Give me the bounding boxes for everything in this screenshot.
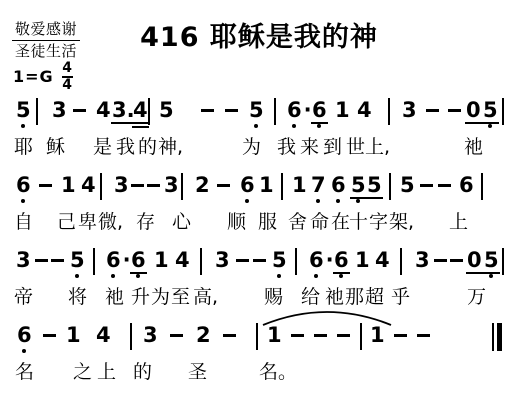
final-barline-thin xyxy=(492,323,494,351)
note-token: 1 xyxy=(335,98,350,122)
lyric-char: 圣 xyxy=(188,361,207,384)
note-token: 5 xyxy=(484,248,499,272)
note-token: 5 xyxy=(272,248,287,272)
note-token: 3 xyxy=(415,248,430,272)
note-token: 6 xyxy=(17,323,32,347)
lyric-char: 名 xyxy=(15,361,34,384)
duration-dash xyxy=(314,334,327,337)
lyric-char: 耶 xyxy=(14,136,33,159)
lyric-char: 自 xyxy=(14,211,33,234)
low-octave-dot xyxy=(245,199,249,203)
duration-dash xyxy=(43,334,56,337)
lyric-char: 世 xyxy=(346,136,365,159)
note-token: 6 xyxy=(334,248,349,272)
note-token: 4 xyxy=(375,248,390,272)
note-token: 6 xyxy=(459,173,474,197)
low-octave-dot xyxy=(111,274,115,278)
duration-dash xyxy=(438,184,451,187)
note-token: 6· xyxy=(287,98,312,122)
lyric-char: 服 xyxy=(258,211,277,234)
note-token: 5 xyxy=(70,248,85,272)
lyric-char: 稣 xyxy=(46,136,65,159)
duration-dash xyxy=(450,259,463,262)
lyric-char: 将 xyxy=(68,286,87,309)
lyric-char: 是 xyxy=(93,136,112,159)
barline xyxy=(388,98,390,125)
lyric-char: 来 xyxy=(300,136,319,159)
music-line: 6143211名之上的圣名。 xyxy=(0,323,518,398)
lyric-char: 之 xyxy=(73,361,92,384)
lyric-char: 高, xyxy=(193,286,218,309)
note-token: 2 xyxy=(195,173,210,197)
lyric-char: 为 xyxy=(242,136,261,159)
note-token: 5 xyxy=(249,98,264,122)
lyric-char: 至 xyxy=(171,286,190,309)
lyric-char: 到 xyxy=(323,136,342,159)
note-token: 1 xyxy=(66,323,81,347)
note-token: 6 xyxy=(240,173,255,197)
duration-dot: · xyxy=(304,98,312,122)
music-line: 614332611765556自己卑微,存心顺服舍命在十字架,上 xyxy=(0,173,518,248)
lyric-char: 我 xyxy=(277,136,296,159)
low-octave-dot xyxy=(314,274,318,278)
low-octave-dot xyxy=(22,349,26,353)
duration-dash xyxy=(51,259,64,262)
note-token: 6· xyxy=(106,248,131,272)
duration-dash xyxy=(253,259,266,262)
note-token: 1 xyxy=(154,248,169,272)
low-octave-dot xyxy=(21,124,25,128)
note-token: 3 xyxy=(114,173,129,197)
lyric-char: 祂 xyxy=(464,136,483,159)
note-token: 4 xyxy=(81,173,96,197)
duration-dot: · xyxy=(326,248,334,272)
score: 5343.4556·614305耶稣是我的神,为我来到世上,祂614332611… xyxy=(0,0,518,400)
lyric-char: 万 xyxy=(467,286,486,309)
duration-dash xyxy=(291,334,304,337)
lyric-char: 架, xyxy=(389,211,414,234)
barline xyxy=(100,173,102,200)
duration-dash xyxy=(39,184,52,187)
lyric-char: 祂 xyxy=(105,286,124,309)
note-token: 6· xyxy=(309,248,334,272)
note-token: 5 xyxy=(367,173,382,197)
eighth-underline xyxy=(466,272,483,274)
low-octave-dot xyxy=(75,274,79,278)
note-token: 3 xyxy=(164,173,179,197)
duration-dash xyxy=(448,109,461,112)
duration-dash xyxy=(131,184,144,187)
note-token: 3 xyxy=(16,248,31,272)
note-token: 3. xyxy=(112,98,135,122)
barline xyxy=(502,98,504,125)
final-barline xyxy=(492,323,503,351)
lyric-char: 存 xyxy=(136,211,155,234)
note-token: 1 xyxy=(355,248,370,272)
lyric-char: 己 xyxy=(57,211,76,234)
duration-dash xyxy=(73,109,86,112)
note-token: 3 xyxy=(402,98,417,122)
note-token: 5 xyxy=(400,173,415,197)
lyric-char: 字 xyxy=(369,211,388,234)
low-octave-dot xyxy=(292,124,296,128)
low-octave-dot xyxy=(356,199,360,203)
note-token: 6 xyxy=(131,248,146,272)
music-line: 5343.4556·614305耶稣是我的神,为我来到世上,祂 xyxy=(0,98,518,173)
duration-dash xyxy=(35,259,48,262)
note-token: 5 xyxy=(16,98,31,122)
duration-dash xyxy=(236,259,249,262)
lyric-char: 上 xyxy=(97,361,116,384)
barline xyxy=(181,173,183,200)
note-token: 7 xyxy=(311,173,326,197)
lyric-char: 为 xyxy=(151,286,170,309)
note-token: 4 xyxy=(96,323,111,347)
duration-dash xyxy=(426,109,439,112)
duration-dash xyxy=(223,334,236,337)
note-token: 1 xyxy=(61,173,76,197)
barline xyxy=(400,248,402,275)
low-octave-dot xyxy=(488,124,492,128)
note-token: 5 xyxy=(351,173,366,197)
note-token: 6 xyxy=(312,98,327,122)
lyric-char: 十 xyxy=(349,211,368,234)
note-token: 3 xyxy=(215,248,230,272)
rest-token: 0 xyxy=(467,248,482,272)
final-barline-thick xyxy=(497,323,502,351)
low-octave-dot xyxy=(254,124,258,128)
barline xyxy=(274,98,276,125)
barline xyxy=(93,248,95,275)
note-token: 5 xyxy=(483,98,498,122)
lyric-char: 心 xyxy=(172,211,191,234)
lyric-char: 在 xyxy=(331,211,350,234)
barline xyxy=(200,248,202,275)
duration-dash xyxy=(420,184,433,187)
duration-dash xyxy=(147,184,160,187)
note-token: 1 xyxy=(259,173,274,197)
note-token: 4 xyxy=(357,98,372,122)
note-token: 1 xyxy=(292,173,307,197)
note-token: 2 xyxy=(196,323,211,347)
lyric-char: 神, xyxy=(158,136,183,159)
low-octave-dot xyxy=(277,274,281,278)
lyric-char: 帝 xyxy=(14,286,33,309)
low-octave-dot xyxy=(316,199,320,203)
barline xyxy=(256,323,258,350)
duration-dot: · xyxy=(123,248,131,272)
lyric-char: 卑 xyxy=(78,211,97,234)
low-octave-dot xyxy=(489,274,493,278)
barline xyxy=(389,173,391,200)
barline xyxy=(360,323,362,350)
low-octave-dot xyxy=(317,124,321,128)
low-octave-dot xyxy=(339,274,343,278)
lyric-char: 的 xyxy=(133,361,152,384)
barline xyxy=(281,173,283,200)
duration-dash xyxy=(394,334,407,337)
eighth-underline xyxy=(132,122,149,124)
note-token: 4 xyxy=(96,98,111,122)
duration-dash xyxy=(217,184,230,187)
note-token: 3 xyxy=(143,323,158,347)
eighth-underline xyxy=(366,197,383,199)
lyric-char: 的 xyxy=(138,136,157,159)
note-token: 5 xyxy=(159,98,174,122)
duration-dash xyxy=(201,109,214,112)
hymn-sheet-page: 敬爱感谢 圣徒生活 1=G 4 4 416 耶稣是我的神 5343.4556·6… xyxy=(0,0,518,400)
note-token: 6 xyxy=(331,173,346,197)
duration-dash xyxy=(337,334,350,337)
tie-arc xyxy=(259,303,395,327)
eighth-underline xyxy=(465,122,482,124)
duration-dash xyxy=(170,334,183,337)
duration-dash xyxy=(225,109,238,112)
rest-token: 0 xyxy=(466,98,481,122)
lyric-char: 升 xyxy=(131,286,150,309)
duration-dash xyxy=(434,259,447,262)
note-token: 4 xyxy=(175,248,190,272)
low-octave-dot xyxy=(136,274,140,278)
barline xyxy=(295,248,297,275)
sixteenth-underline xyxy=(132,126,149,128)
barline xyxy=(36,98,38,125)
lyric-char: 命 xyxy=(310,211,329,234)
low-octave-dot xyxy=(336,199,340,203)
lyric-char: 名。 xyxy=(259,361,297,384)
lyric-char: 我 xyxy=(116,136,135,159)
lyric-char: 微, xyxy=(98,211,123,234)
lyric-char: 上, xyxy=(365,136,390,159)
barline xyxy=(148,98,150,125)
note-token: 3 xyxy=(52,98,67,122)
lyric-char: 舍 xyxy=(288,211,307,234)
low-octave-dot xyxy=(21,199,25,203)
barline xyxy=(481,173,483,200)
barline xyxy=(130,323,132,350)
lyric-char: 上 xyxy=(449,211,468,234)
note-token: 4 xyxy=(133,98,148,122)
barline xyxy=(502,248,504,275)
lyric-char: 顺 xyxy=(227,211,246,234)
duration-dash xyxy=(417,334,430,337)
note-token: 6 xyxy=(16,173,31,197)
